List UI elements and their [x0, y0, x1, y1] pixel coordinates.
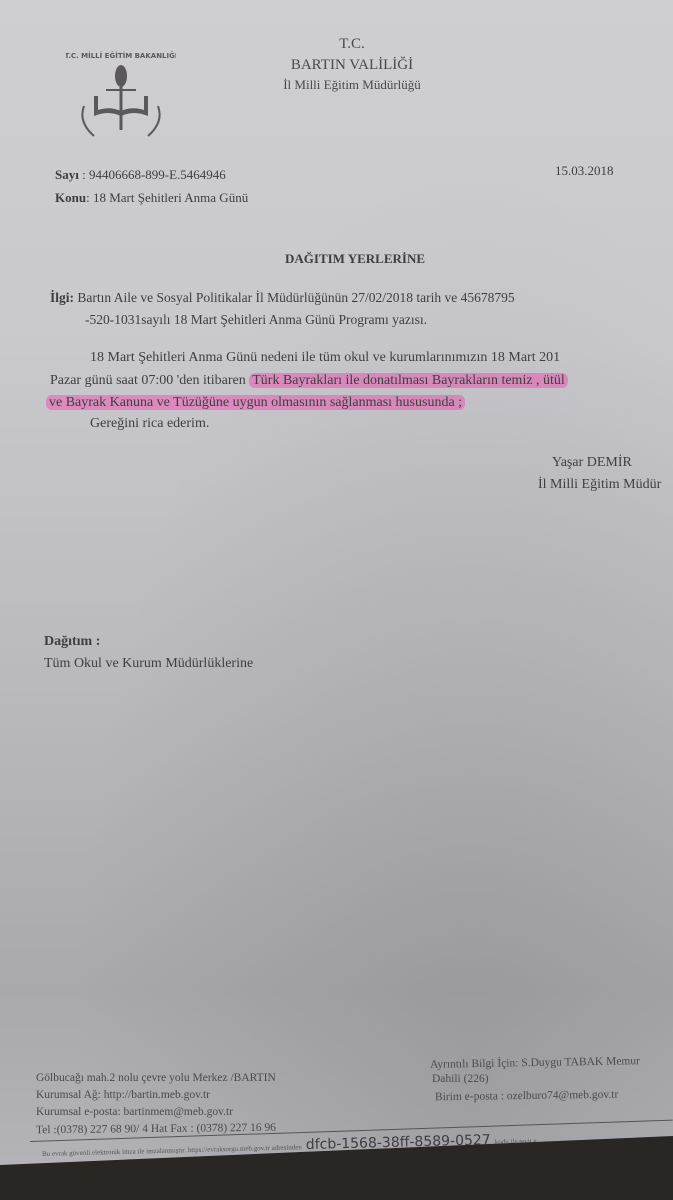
footer-contact: Ayrıntılı Bilgi İçin: S.Duygu TABAK Memu… — [430, 1055, 640, 1071]
esign-row: Bu evrak güvenli elektronik imza ile imz… — [42, 1130, 537, 1161]
footer-address: Gölbucağı mah.2 nolu çevre yolu Merkez /… — [36, 1072, 276, 1084]
footer-email: Kurumsal e-posta: bartinmem@meb.gov.tr — [36, 1106, 233, 1118]
verify-code: dfcb-1568-38ff-8589-0527 — [306, 1132, 491, 1153]
document-page: T.C. MİLLİ EĞİTİM BAKANLIĞI T.C. BARTIN … — [0, 0, 673, 1165]
konu-row: Konu: 18 Mart Şehitleri Anma Günü — [55, 190, 248, 206]
konu-label: Konu — [55, 190, 86, 205]
logo-text: T.C. MİLLİ EĞİTİM BAKANLIĞI — [66, 51, 176, 60]
signatory-title: İl Milli Eğitim Müdür — [538, 477, 661, 493]
meb-logo-icon: T.C. MİLLİ EĞİTİM BAKANLIĞI — [66, 44, 176, 144]
footer-extension: Dahili (226) — [432, 1073, 489, 1085]
addressee-heading: DAĞITIM YERLERİNE — [285, 251, 425, 267]
body-line1: 18 Mart Şehitleri Anma Günü nedeni ile t… — [90, 350, 560, 366]
footer-divider — [30, 1120, 673, 1142]
sayi-row: Sayı : 94406668-899-E.5464946 — [55, 167, 226, 183]
footer-web: Kurumsal Ağ: http://bartin.meb.gov.tr — [36, 1089, 210, 1101]
ilgi-text-1: Bartın Aile ve Sosyal Politikalar İl Müd… — [77, 290, 514, 305]
highlighted-text-2: ve Bayrak Kanuna ve Tüzüğüne uygun olmas… — [46, 395, 465, 410]
ilgi-line1: İlgi: Bartın Aile ve Sosyal Politikalar … — [50, 290, 515, 306]
distribution-label: Dağıtım : — [44, 634, 100, 650]
ilgi-label: İlgi: — [50, 290, 74, 305]
verify-suffix: kodu ile teyit e — [495, 1137, 537, 1146]
sayi-value: : 94406668-899-E.5464946 — [82, 167, 226, 182]
distribution-value: Tüm Okul ve Kurum Müdürlüklerine — [44, 656, 253, 672]
document-date: 15.03.2018 — [555, 163, 614, 179]
konu-value: : 18 Mart Şehitleri Anma Günü — [86, 190, 248, 205]
ilgi-line2: -520-1031sayılı 18 Mart Şehitleri Anma G… — [85, 312, 427, 328]
highlighted-text-1: Türk Bayrakları ile donatılması Bayrakla… — [249, 373, 568, 388]
header-tc: T.C. — [222, 36, 482, 53]
closing-text: Gereğini rica ederim. — [90, 416, 209, 432]
footer-phone: Tel :(0378) 227 68 90/ 4 Hat Fax : (0378… — [36, 1122, 276, 1137]
footer-unit-email: Birim e-posta : ozelburo74@meb.gov.tr — [435, 1089, 618, 1104]
signatory-name: Yaşar DEMİR — [552, 455, 632, 471]
esign-note: Bu evrak güvenli elektronik imza ile imz… — [42, 1143, 302, 1158]
body-line2-plain: Pazar günü saat 07:00 'den itibaren — [50, 373, 249, 388]
header-directorate: İl Milli Eğitim Müdürlüğü — [222, 77, 482, 93]
body-line2: Pazar günü saat 07:00 'den itibaren Türk… — [50, 373, 568, 389]
body-line3: ve Bayrak Kanuna ve Tüzüğüne uygun olmas… — [46, 395, 465, 411]
header-governorate: BARTIN VALİLİĞİ — [222, 57, 482, 74]
sayi-label: Sayı — [55, 167, 79, 182]
